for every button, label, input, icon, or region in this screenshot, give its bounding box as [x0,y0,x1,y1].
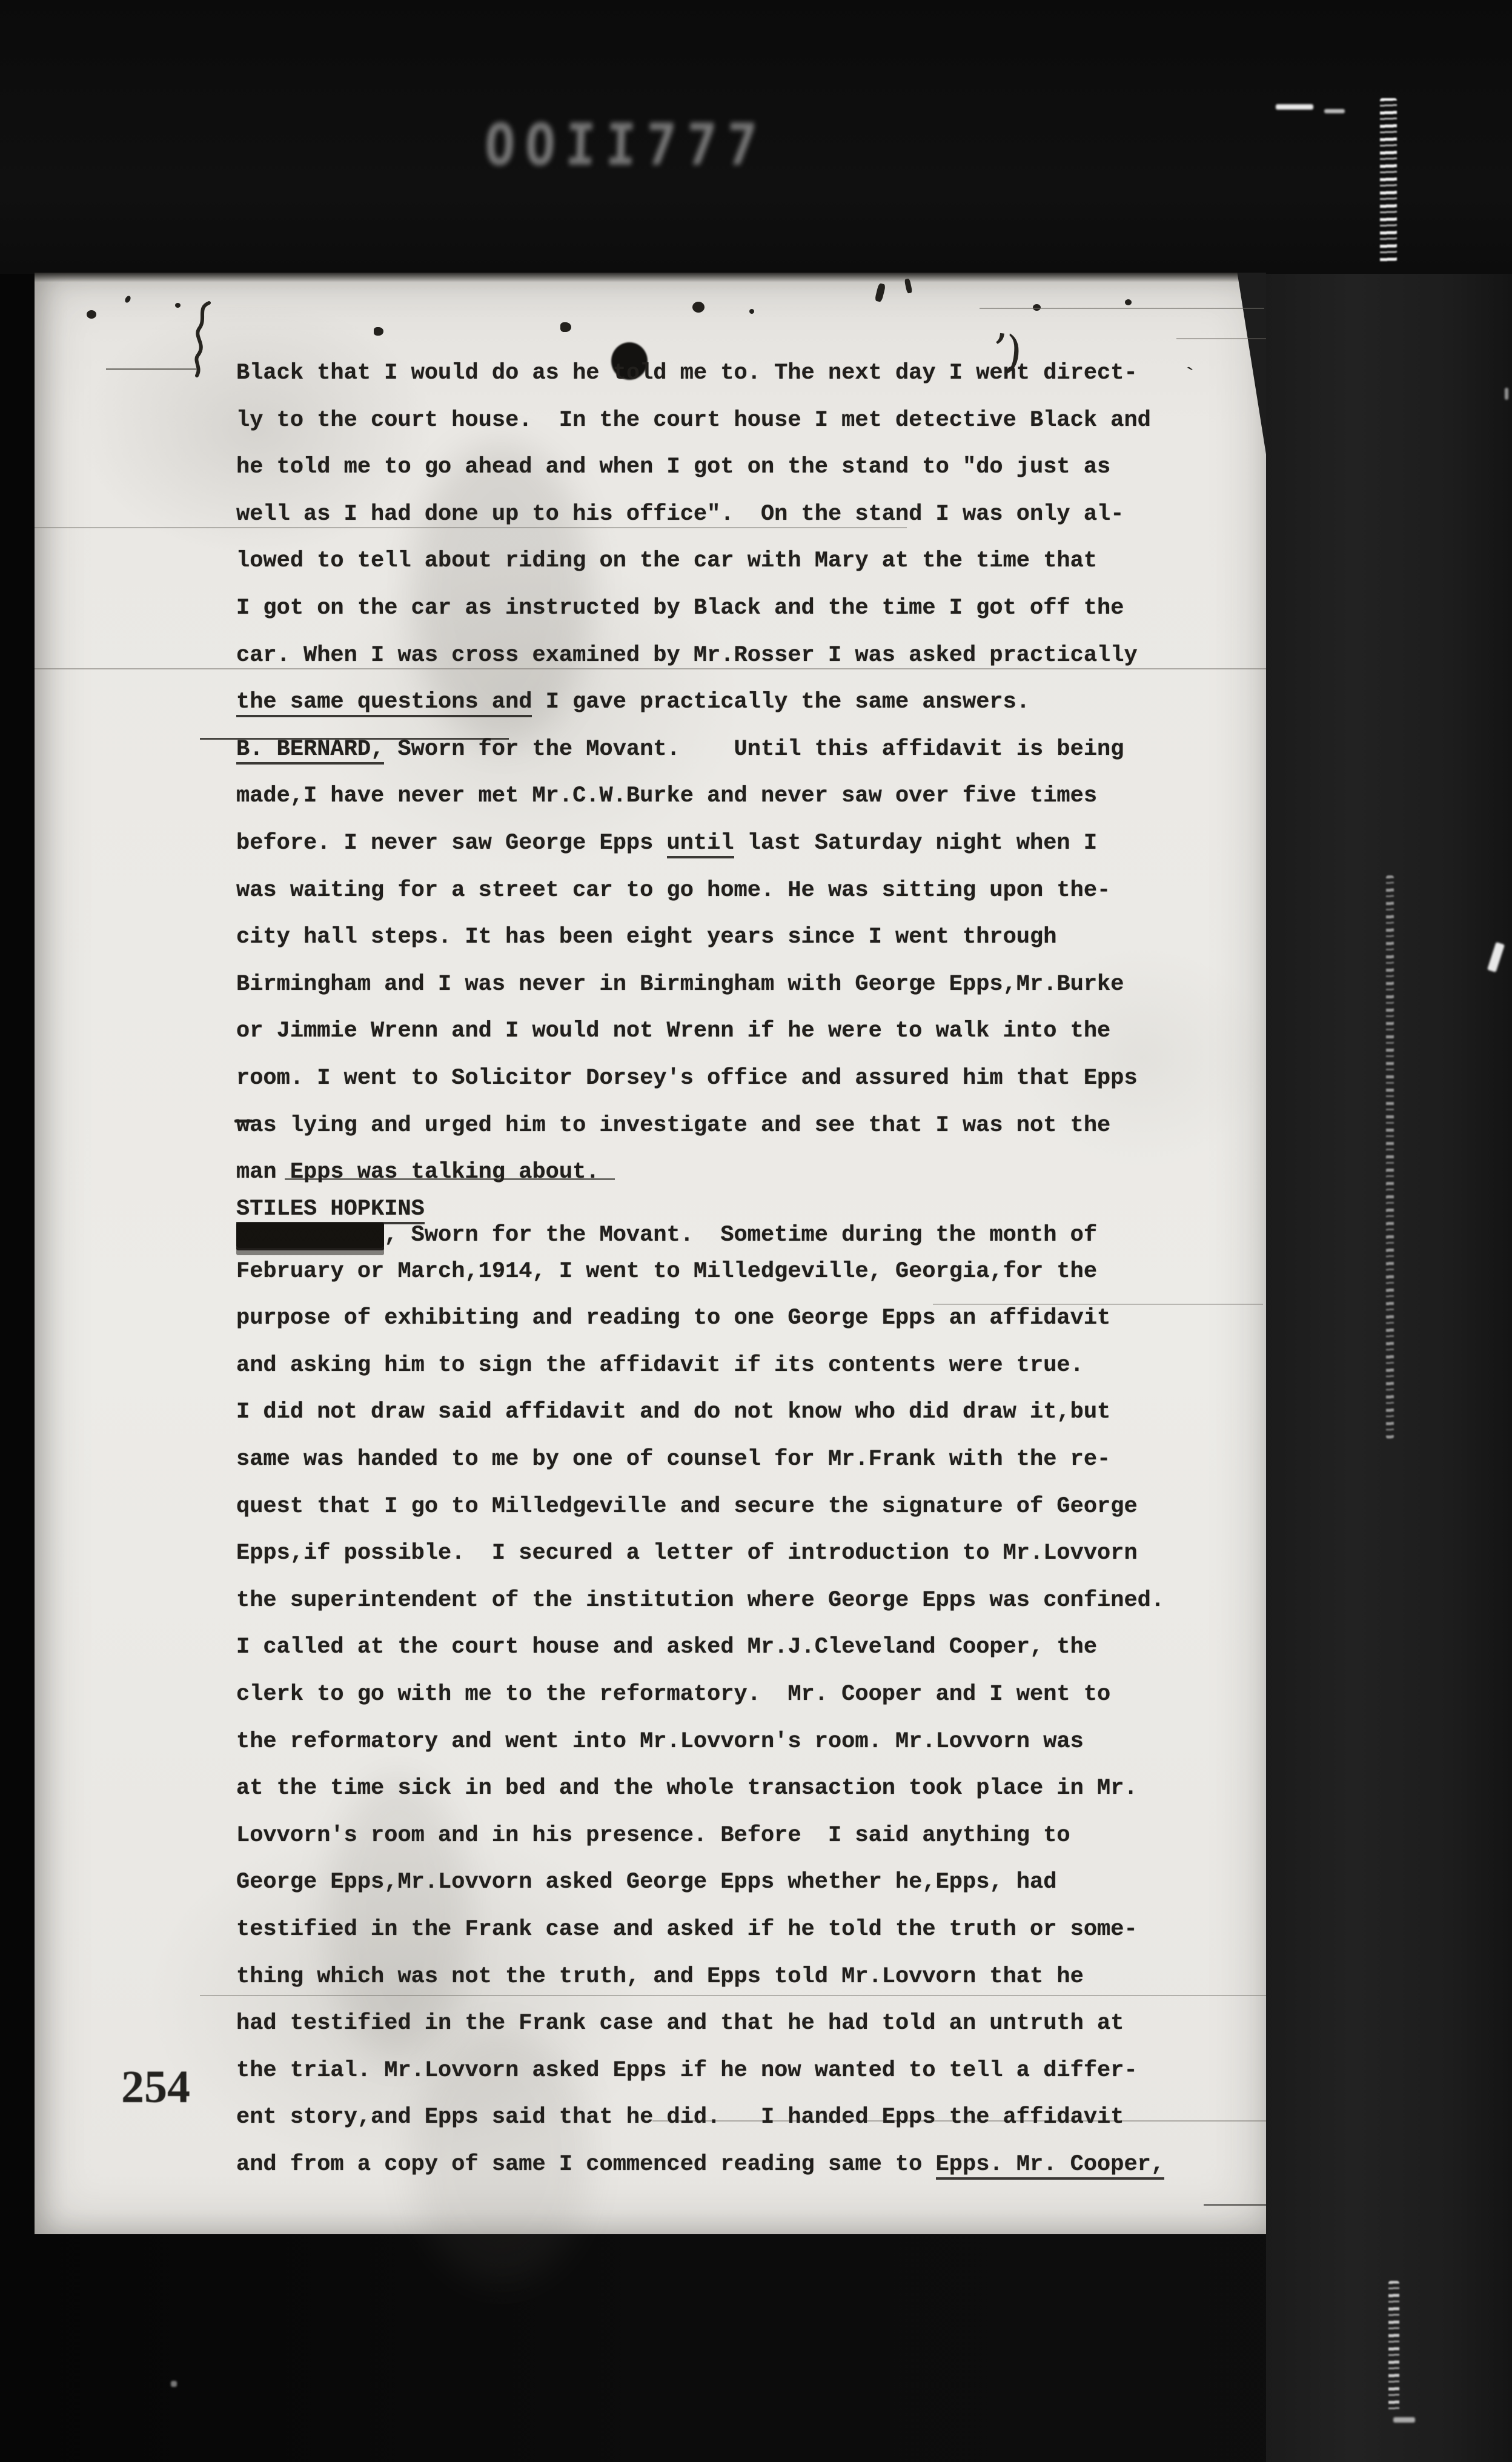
ink-speck [87,310,96,319]
scan-line [106,368,197,370]
scan-line [1176,338,1266,339]
typed-line: car. When I was cross examined by Mr.Ros… [236,632,1266,680]
film-scratch [1388,2281,1399,2411]
ink-speck [692,302,705,313]
typed-line: was lying and urged him to investigate a… [236,1103,1266,1150]
typed-segment: February or March,1914, I went to Milled… [236,1259,1097,1284]
overstruck-text: xxxxxxxxxxx [236,1223,384,1248]
film-scratch [1276,104,1313,110]
typed-line: same was handed to me by one of counsel … [236,1436,1266,1484]
typed-segment: ent story,and Epps said that he did. I h… [236,2105,1124,2130]
typed-segment: George Epps,Mr.Lovvorn asked George Epps… [236,1870,1056,1895]
typed-line: room. I went to Solicitor Dorsey's offic… [236,1055,1266,1103]
typed-text: Black that I would do as he told me to. … [236,350,1266,2189]
ink-speck [875,283,886,302]
ink-speck [1125,299,1132,305]
typed-line: STILES HOPKINS [236,1196,1266,1223]
typed-line: clerk to go with me to the reformatory. … [236,1671,1266,1719]
typed-line: lowed to tell about riding on the car wi… [236,538,1266,585]
ink-speck [749,309,754,314]
typed-segment: lowed to tell about riding on the car wi… [236,548,1097,574]
typed-segment: had testified in the Frank case and that… [236,2011,1124,2036]
typed-line: I did not draw said affidavit and do not… [236,1389,1266,1436]
typed-line: Lovvorn's room and in his presence. Befo… [236,1813,1266,1860]
typed-segment: and asking him to sign the affidavit if … [236,1353,1084,1378]
typed-line: man Epps was talking about. [236,1149,1266,1196]
typed-line: Birmingham and I was never in Birmingham… [236,961,1266,1009]
typed-segment: , Sworn for the Movant. Sometime during … [384,1223,1097,1248]
typed-segment: room. I went to Solicitor Dorsey's offic… [236,1066,1138,1091]
typed-line: February or March,1914, I went to Milled… [236,1249,1266,1296]
typed-segment: Birmingham and I was never in Birmingham… [236,972,1124,997]
typed-segment: Lovvorn's room and in his presence. Befo… [236,1823,1070,1848]
typed-segment: at the time sick in bed and the whole tr… [236,1776,1138,1801]
ink-speck [560,322,571,332]
typed-segment: the same questions and [236,689,532,717]
ink-speck [175,303,181,308]
typed-line: and from a copy of same I commenced read… [236,2142,1266,2189]
typed-line: B. BERNARD, Sworn for the Movant. Until … [236,726,1266,774]
typed-line: I called at the court house and asked Mr… [236,1624,1266,1671]
ink-speck [124,295,132,304]
typed-segment: well as I had done up to his office". On… [236,502,1124,527]
page-torn-top-edge [35,273,1266,282]
typed-segment: man Epps was talking about. [236,1160,600,1185]
typed-line: or Jimmie Wrenn and I would not Wrenn if… [236,1008,1266,1055]
typed-line: I got on the car as instructed by Black … [236,585,1266,632]
page-number: 254 [121,2061,190,2114]
typed-line: Epps,if possible. I secured a letter of … [236,1530,1266,1578]
typed-line: thing which was not the truth, and Epps … [236,1954,1266,2001]
microfilm-scan: OOII777 ʼ) ˋ [0,0,1512,2462]
typed-segment: before. I never saw George Epps [236,831,667,856]
typed-segment: city hall steps. It has been eight years… [236,924,1056,950]
typed-line: before. I never saw George Epps until la… [236,820,1266,868]
typed-line: was waiting for a street car to go home.… [236,868,1266,915]
typed-segment: quest that I go to Milledgeville and sec… [236,1494,1138,1519]
typed-line: well as I had done up to his office". On… [236,491,1266,539]
typed-line: quest that I go to Milledgeville and sec… [236,1484,1266,1531]
typed-segment: car. When I was cross examined by Mr.Ros… [236,643,1138,668]
scan-line [1204,2204,1266,2206]
typed-line: Black that I would do as he told me to. … [236,350,1266,397]
typed-segment: the trial. Mr.Lovvorn asked Epps if he n… [236,2058,1138,2083]
typed-segment: he told me to go ahead and when I got on… [236,454,1110,480]
typed-segment: same was handed to me by one of counsel … [236,1447,1110,1472]
typed-segment: or Jimmie Wrenn and I would not Wrenn if… [236,1018,1110,1044]
brace-squiggle-mark [191,302,217,378]
typed-segment: STILES HOPKINS [236,1196,425,1224]
typed-line: and asking him to sign the affidavit if … [236,1342,1266,1390]
scan-line [980,308,1264,309]
typed-segment: the reformatory and went into Mr.Lovvorn… [236,1729,1084,1754]
typed-segment: Sworn for the Movant. Until this affidav… [384,737,1124,762]
typed-line: city hall steps. It has been eight years… [236,914,1266,961]
typed-segment: and from a copy of same I commenced read… [236,2152,936,2177]
typed-line: the trial. Mr.Lovvorn asked Epps if he n… [236,2048,1266,2095]
typed-segment: clerk to go with me to the reformatory. … [236,1682,1110,1707]
typed-segment: I gave practically the same answers. [532,689,1030,715]
typed-segment: last Saturday night when I [734,831,1098,856]
typed-segment: was lying and urged him to investigate a… [236,1113,1110,1138]
typed-segment: testified in the Frank case and asked if… [236,1917,1138,1942]
typed-segment: the superintendent of the institution wh… [236,1588,1164,1613]
film-scratch [1324,109,1345,113]
typed-line: had testified in the Frank case and that… [236,2000,1266,2048]
film-scratch [171,2381,177,2387]
typed-line: he told me to go ahead and when I got on… [236,444,1266,491]
ink-speck [374,327,383,336]
typed-segment: ly to the court house. In the court hous… [236,408,1151,433]
typed-segment: until [667,831,734,858]
typed-line: the reformatory and went into Mr.Lovvorn… [236,1719,1266,1766]
typed-line: xxxxxxxxxxx, Sworn for the Movant. Somet… [236,1223,1266,1249]
typed-segment: Epps. Mr. Cooper, [936,2152,1164,2180]
film-scratch [1380,98,1397,263]
typed-segment: I got on the car as instructed by Black … [236,596,1124,621]
document-page: ʼ) ˋ 254 Black that I would do as he tol… [35,273,1266,2234]
film-scratch [1505,388,1508,400]
typed-line: ly to the court house. In the court hous… [236,397,1266,445]
typed-line: George Epps,Mr.Lovvorn asked George Epps… [236,1859,1266,1906]
typed-line: made,I have never met Mr.C.W.Burke and n… [236,773,1266,820]
typed-segment: I did not draw said affidavit and do not… [236,1399,1110,1425]
typed-segment: B. BERNARD, [236,737,384,765]
typed-line: at the time sick in bed and the whole tr… [236,1765,1266,1813]
typed-segment: I called at the court house and asked Mr… [236,1634,1097,1660]
typed-segment: Black that I would do as he told me to. … [236,360,1138,386]
typed-segment: Epps,if possible. I secured a letter of … [236,1541,1138,1566]
typed-segment: made,I have never met Mr.C.W.Burke and n… [236,783,1097,809]
typed-line: ent story,and Epps said that he did. I h… [236,2094,1266,2142]
typed-segment: thing which was not the truth, and Epps … [236,1964,1084,1989]
typed-line: testified in the Frank case and asked if… [236,1906,1266,1954]
typed-segment: purpose of exhibiting and reading to one… [236,1306,1110,1331]
film-frame-counter: OOII777 [483,111,768,178]
typed-line: the same questions and I gave practicall… [236,679,1266,726]
typed-line: purpose of exhibiting and reading to one… [236,1295,1266,1342]
film-scratch [1393,2417,1415,2423]
typed-line: the superintendent of the institution wh… [236,1578,1266,1625]
typed-segment: was waiting for a street car to go home.… [236,878,1110,903]
film-scratch [1386,875,1394,1439]
